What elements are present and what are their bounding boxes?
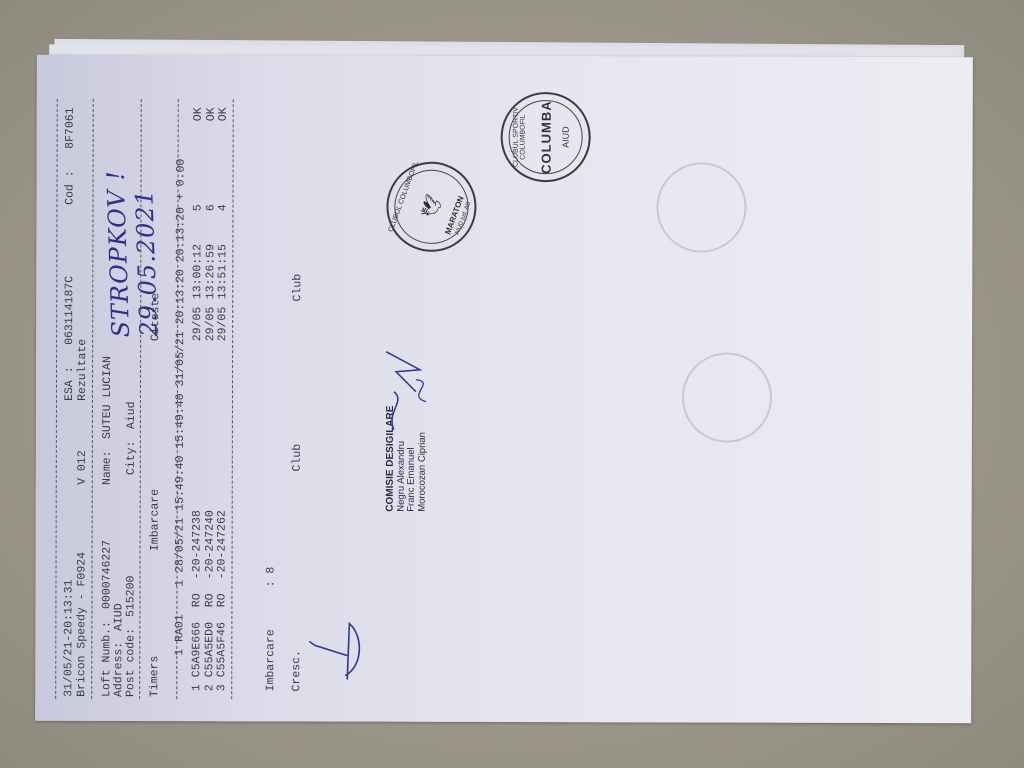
clock-offset: + 0.00 bbox=[174, 159, 187, 200]
report-type: Rezultate bbox=[77, 339, 90, 401]
commission-member: Negru Alexandru bbox=[395, 441, 406, 512]
chip-id: C5A9E666 bbox=[191, 622, 204, 677]
timer-count: 1 bbox=[173, 580, 186, 587]
basket-date: 28/05/21 bbox=[173, 518, 186, 573]
divider bbox=[91, 99, 94, 699]
chip-id: C55A5F46 bbox=[216, 622, 229, 677]
arrival-time: 13:00:12 bbox=[192, 244, 205, 299]
device-name: Bricon Speedy - F0924 bbox=[76, 552, 89, 697]
arrival-time: 13:51:15 bbox=[217, 244, 230, 299]
faded-stamp bbox=[682, 352, 772, 442]
basket-time: 15:49:40 bbox=[173, 456, 186, 511]
read-time-2: 20:13:20 bbox=[174, 207, 187, 262]
club-label-2: Club bbox=[292, 274, 305, 302]
divider bbox=[55, 99, 58, 699]
read-time: 20:13:20 bbox=[174, 269, 187, 324]
timer-id: RA01 bbox=[173, 614, 186, 642]
position: 4 bbox=[217, 204, 230, 211]
timer-index: 1 bbox=[173, 649, 186, 656]
postcode-label: Post code: bbox=[125, 628, 138, 697]
stamp-outer-text: CLUBUL SPORTIV COLUMBOFIL bbox=[513, 94, 527, 180]
city-label: City: bbox=[126, 440, 139, 475]
divider bbox=[139, 99, 142, 699]
breeder-signature bbox=[305, 615, 365, 685]
postcode-value: 515200 bbox=[125, 576, 138, 617]
commission-member: Franc Emanuel bbox=[406, 447, 417, 511]
status: OK bbox=[193, 107, 206, 121]
firmware-version: V 012 bbox=[77, 450, 90, 485]
city-value: Aiud bbox=[126, 401, 139, 429]
arrival-date: 29/05 bbox=[192, 307, 205, 342]
ring-number: -20-247262 bbox=[217, 510, 230, 579]
cod-value: 8F7061 bbox=[65, 107, 78, 148]
print-datetime: 31/05/21-20:13:31 bbox=[62, 580, 75, 697]
status: OK bbox=[218, 107, 231, 121]
header-line-1: 31/05/21-20:13:31 bbox=[63, 580, 76, 697]
commission-member: Morocozan Ciprian bbox=[416, 432, 427, 512]
divider bbox=[231, 99, 234, 699]
cod-label: Cod : bbox=[64, 170, 77, 205]
name-label: Name: bbox=[102, 450, 115, 485]
timer-row: 1 RA01 1 28/05/21 15:49:40 15:49:40 31/0… bbox=[161, 159, 200, 698]
position: 5 bbox=[192, 204, 205, 211]
timers-label: Timers bbox=[149, 656, 162, 697]
pigeon-index: 1 bbox=[191, 684, 204, 691]
read-date: 31/05/21 bbox=[174, 331, 187, 386]
esa-value: 063114187C bbox=[64, 276, 77, 345]
readout-header: Citeste bbox=[150, 293, 163, 341]
esa-label: ESA : bbox=[64, 366, 77, 401]
country-code: RO bbox=[216, 593, 229, 607]
results-page: 31/05/21-20:13:31 ESA : 063114187C Cod :… bbox=[35, 55, 973, 723]
basketing-header: Imbarcare bbox=[150, 489, 163, 551]
country-code: RO bbox=[191, 593, 204, 607]
loft-number: 0000746227 bbox=[101, 540, 114, 609]
club-label-1: Club bbox=[292, 444, 305, 472]
fancier-name: SUTEU LUCIAN bbox=[102, 356, 115, 439]
basketed-count: : 8 bbox=[265, 567, 278, 588]
stamp-maraton: CLUBUL COLUMBOFIL 🕊 MARATON AIUD jud. AB bbox=[374, 149, 489, 264]
basketed-label: Imbarcare bbox=[265, 629, 278, 691]
faded-stamp bbox=[656, 162, 746, 252]
basket-time-2: 15:49:40 bbox=[173, 393, 186, 448]
pigeon-index: 3 bbox=[216, 684, 229, 691]
pigeon-results-table: 1C5A9E666RO-20-24723829/0513:00:125OK2C5… bbox=[35, 55, 37, 721]
commission-signatures bbox=[376, 342, 446, 432]
results-sheet: 31/05/21-20:13:31 ESA : 063114187C Cod :… bbox=[35, 55, 973, 723]
breeder-label: Cresc. bbox=[291, 650, 304, 691]
stamp-columba: CLUBUL SPORTIV COLUMBOFIL COLUMBA AIUD bbox=[501, 92, 591, 182]
ring-number: -20-247238 bbox=[192, 510, 205, 579]
stamp-location: AIUD bbox=[561, 94, 571, 180]
arrival-date: 29/05 bbox=[217, 307, 230, 342]
